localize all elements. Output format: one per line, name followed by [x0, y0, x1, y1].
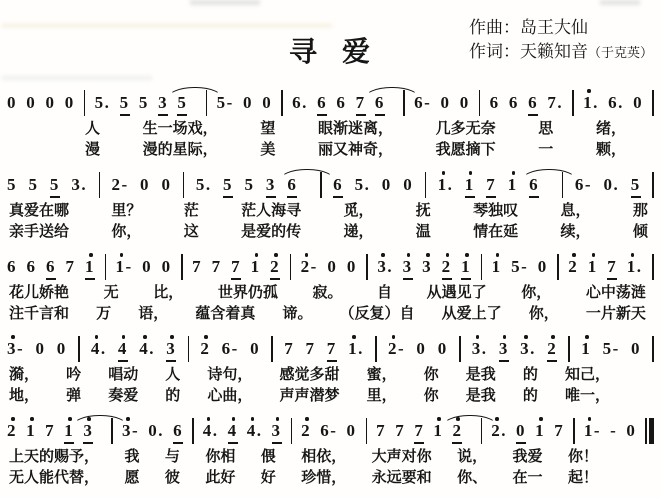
- note: 0: [460, 92, 470, 114]
- note: 2: [442, 256, 452, 280]
- lyric-segment: 琴独叹: [473, 200, 518, 221]
- lyrics-row-1: 花儿娇艳无比，世界仍孤寂。自从遇见了你，心中荡涟: [5, 282, 656, 303]
- lyric-segment: 世界仍孤: [218, 282, 278, 303]
- note: 6-: [575, 174, 592, 196]
- note: 6: [490, 92, 500, 114]
- music-system: 5553.2-005.553665.001.17166-0.5真爱在哪里？茫茫人…: [5, 166, 656, 248]
- note: 2: [547, 338, 557, 362]
- lyrics-row-1: 人生一场戏，望眼渐迷离，几多无奈思绪，: [5, 118, 656, 139]
- song-header: 寻 爱 作曲：岛王大仙作词：天籁知音（于克英）: [0, 0, 661, 84]
- note: 7: [554, 420, 564, 442]
- note: 6: [336, 92, 346, 114]
- lyric-segment: 蜜，: [367, 364, 397, 385]
- note: 0: [538, 256, 548, 278]
- note: 5.: [355, 174, 371, 196]
- lyric-segment: 眼渐迷离，: [318, 118, 393, 139]
- lyrics-row-2: 漫漫的星际，美丽又神奇，我愿摘下一颗，: [5, 139, 656, 160]
- note: 2: [200, 338, 210, 360]
- lyrics-row-2: 注千言和万语，蕴含着真谛。（反复）自从爱上了你，一片新天: [5, 303, 656, 324]
- note: 3.: [71, 174, 87, 196]
- barline: [366, 418, 368, 444]
- note: 0: [45, 92, 55, 114]
- note: 2: [568, 256, 578, 278]
- note: 6.: [292, 92, 308, 114]
- lyric-segment: （反复）自: [340, 303, 415, 324]
- lyric-segment: 你！: [568, 446, 598, 467]
- lyric-segment: 此好: [205, 467, 235, 488]
- note: 0: [161, 174, 171, 196]
- lyric-segment: 永远要和: [372, 467, 432, 488]
- note: 6: [7, 256, 17, 278]
- note: 0: [327, 256, 337, 278]
- barline: [84, 90, 86, 116]
- lyric-segment: 漪，: [9, 364, 39, 385]
- note: 1-: [584, 420, 601, 442]
- barline: [291, 418, 293, 444]
- lyric-segment: 从爱上了: [442, 303, 502, 324]
- note: 0: [626, 420, 636, 442]
- note: 6-: [320, 420, 337, 442]
- credit-label: 作词：: [469, 42, 520, 61]
- notation-line: 217133-0.64.44.326-0777122.0171--0: [5, 412, 656, 446]
- lyric-segment: 注千言和: [9, 303, 69, 324]
- note: 7: [327, 338, 337, 362]
- note: 0.: [604, 174, 620, 196]
- note: 2-: [111, 174, 128, 196]
- barline: [652, 336, 654, 362]
- music-system: 00005.55355-006.66766-006667.1.6.0人生一场戏，…: [5, 84, 656, 166]
- note: 7: [414, 420, 424, 444]
- lyric-segment: 与: [165, 446, 180, 467]
- note: 6-: [222, 338, 239, 360]
- lyric-segment: 生一场戏，: [143, 118, 218, 139]
- note: 0: [382, 174, 392, 196]
- lyric-segment: 你: [424, 385, 439, 406]
- lyric-segment: 知己，: [565, 364, 610, 385]
- barline: [181, 254, 183, 280]
- lyric-segment: 地，: [9, 385, 39, 406]
- lyric-segment: 的: [523, 385, 538, 406]
- lyric-segment: 好: [261, 467, 276, 488]
- lyric-segment: 丽又神奇，: [318, 139, 393, 160]
- note: 1: [492, 256, 502, 278]
- note: 0: [416, 338, 426, 360]
- note: 0: [26, 92, 36, 114]
- note: 0: [403, 174, 413, 196]
- barline: [290, 254, 292, 280]
- note: 1: [26, 420, 36, 442]
- final-bar-thick: [649, 418, 654, 444]
- note: 7: [66, 256, 76, 278]
- lyric-segment: 亲手送给: [9, 221, 69, 242]
- lyric-segment: 倾: [633, 221, 648, 242]
- note: 7: [284, 338, 294, 360]
- note: 1: [85, 256, 95, 280]
- note: 2.: [491, 420, 507, 442]
- note: 7: [486, 174, 496, 198]
- note: 3.: [520, 338, 536, 360]
- barline: [78, 336, 80, 362]
- note: 6: [27, 256, 37, 278]
- lyric-segment: 里，: [367, 385, 397, 406]
- lyric-segment: 你，: [111, 221, 141, 242]
- lyric-segment: 你，: [529, 303, 559, 324]
- note: 1: [588, 256, 598, 278]
- note: 0: [347, 420, 357, 442]
- lyrics-row-1: 漪，吟唱动人诗句，感觉多甜蜜，你是我的知己，: [5, 364, 656, 385]
- lyric-segment: 的: [523, 364, 538, 385]
- lyric-segment: 诗句，: [207, 364, 252, 385]
- note: 7: [212, 256, 222, 278]
- lyrics-row-2: 无人能代替，愿彼此好好珍惜，永远要和你、在一起！: [5, 467, 656, 488]
- note: 0: [142, 256, 152, 278]
- barline: [481, 254, 483, 280]
- barline: [568, 336, 570, 362]
- note: 0.: [148, 420, 164, 442]
- note: 5: [120, 92, 130, 116]
- lyrics-row-1: 真爱在哪里？茫茫人海寻觅，抚琴独叹息，那: [5, 200, 656, 221]
- note: 3-: [122, 420, 139, 442]
- note: 5.: [95, 92, 111, 114]
- barline: [459, 336, 461, 362]
- barline: [652, 254, 654, 280]
- credit-name: 岛王大仙: [520, 18, 588, 37]
- note: 6: [317, 92, 327, 116]
- barline: [105, 254, 107, 280]
- note: 0: [440, 92, 450, 114]
- lyric-segment: 万: [96, 303, 111, 324]
- note: 1: [535, 420, 545, 442]
- barline: [572, 90, 574, 116]
- lyric-segment: 唱动: [108, 364, 138, 385]
- barline: [281, 90, 283, 116]
- lyric-segment: 比，: [153, 282, 183, 303]
- lyric-segment: 花儿娇艳: [9, 282, 69, 303]
- music-system: 666711-00777122-003.332115-02171.花儿娇艳无比，…: [5, 248, 656, 330]
- lyric-segment: 情在延: [473, 221, 518, 242]
- note: 0: [65, 92, 75, 114]
- note: 0: [35, 338, 45, 360]
- note: 0: [347, 256, 357, 278]
- barline: [479, 90, 481, 116]
- lyrics-row-1: 上天的赐予，我与你相偎相依，大声对你说，我爱你！: [5, 446, 656, 467]
- lyric-segment: 一: [538, 139, 553, 160]
- note: 3: [272, 420, 282, 444]
- lyric-segment: 息，: [561, 200, 591, 221]
- notation-line: 666711-00777122-003.332115-02171.: [5, 248, 656, 282]
- credit-label: 作曲：: [469, 18, 520, 37]
- lyric-segment: 温: [416, 221, 431, 242]
- lyric-segment: 漫的星际，: [143, 139, 218, 160]
- barline: [375, 336, 377, 362]
- lyric-segment: 漫: [85, 139, 100, 160]
- note: 7: [45, 420, 55, 442]
- lyrics-row-2: 亲手送给你，这是爱的传递，温情在延续，倾: [5, 221, 656, 242]
- lyric-segment: 那: [633, 200, 648, 221]
- lyric-segment: 茫人海寻: [241, 200, 301, 221]
- lyric-segment: 唯一，: [565, 385, 610, 406]
- lyric-segment: 望: [260, 118, 275, 139]
- note: 0: [162, 256, 172, 278]
- lyric-segment: 说，: [457, 446, 487, 467]
- lyric-segment: 上天的赐予，: [9, 446, 99, 467]
- note: 0: [250, 338, 260, 360]
- note: 4: [228, 420, 238, 444]
- lyric-segment: 人: [85, 118, 100, 139]
- barline: [652, 172, 654, 198]
- lyric-segment: 起！: [568, 467, 598, 488]
- lyric-segment: 自: [377, 282, 392, 303]
- notation-line: 3-004.44.326-07771.2-003.33.215-0: [5, 330, 656, 364]
- lyric-segment: 彼: [165, 467, 180, 488]
- lyric-segment: 真爱在哪: [9, 200, 69, 221]
- lyric-segment: 我爱: [513, 446, 543, 467]
- note: 2-: [388, 338, 405, 360]
- note: 1.: [627, 256, 643, 278]
- note: 6-: [414, 92, 431, 114]
- note: 5: [139, 92, 149, 114]
- barline: [652, 90, 654, 116]
- lyric-segment: 几多无奈: [436, 118, 496, 139]
- note: 5: [223, 174, 233, 198]
- notation-line: 5553.2-005.553665.001.17166-0.5: [5, 166, 656, 200]
- lyric-segment: 这: [184, 221, 199, 242]
- lyric-segment: 声声潜梦: [279, 385, 339, 406]
- lyric-segment: 绪，: [596, 118, 626, 139]
- barline: [188, 336, 190, 362]
- note: 6: [46, 256, 56, 280]
- lyric-segment: 寂。: [312, 282, 342, 303]
- lyric-segment: 相依，: [301, 446, 346, 467]
- note: 5: [28, 174, 38, 196]
- note: 2: [270, 256, 280, 280]
- note: 1: [461, 256, 471, 280]
- lyric-segment: 语，: [138, 303, 168, 324]
- lyric-segment: 偎: [261, 446, 276, 467]
- note: 1: [465, 174, 475, 198]
- note: 3.: [377, 256, 393, 278]
- note: 0: [438, 338, 448, 360]
- lyric-segment: 谛。: [282, 303, 312, 324]
- lyric-segment: 从遇见了: [427, 282, 487, 303]
- note: 2: [301, 420, 311, 442]
- lyric-segment: 一片新天: [586, 303, 646, 324]
- lyric-segment: 续，: [561, 221, 591, 242]
- note: 7: [192, 256, 202, 278]
- lyric-segment: 递，: [343, 221, 373, 242]
- lyric-segment: 弹: [66, 385, 81, 406]
- note: 5: [631, 174, 641, 198]
- lyric-segment: 美: [260, 139, 275, 160]
- barline: [366, 254, 368, 280]
- lyric-segment: 珍惜，: [301, 467, 346, 488]
- note: 5: [50, 174, 60, 198]
- note: 6: [333, 174, 343, 198]
- note: 5: [244, 174, 254, 196]
- credit-line: 作曲：岛王大仙: [469, 16, 653, 40]
- lyric-segment: 是我: [466, 385, 496, 406]
- lyrics-row-2: 地，弹奏爱的心曲，声声潜梦里，你是我的唯一，: [5, 385, 656, 406]
- lyric-segment: 我愿摘下: [436, 139, 496, 160]
- note: 7: [395, 420, 405, 442]
- note: 1: [581, 338, 591, 360]
- note: 0: [516, 420, 526, 444]
- note: 4.: [203, 420, 219, 442]
- credit-line: 作词：天籁知音（于克英）: [469, 40, 653, 65]
- notation-line: 00005.55355-006.66766-006667.1.6.0: [5, 84, 656, 118]
- lyric-segment: 你: [424, 364, 439, 385]
- music-system: 3-004.44.326-07771.2-003.33.215-0漪，吟唱动人诗…: [5, 330, 656, 412]
- note: 4: [118, 338, 128, 362]
- final-bar-thin: [645, 418, 647, 444]
- note: 7.: [547, 92, 563, 114]
- note: 5-: [511, 256, 528, 278]
- lyric-segment: 心曲，: [207, 385, 252, 406]
- note: 0: [57, 338, 67, 360]
- lyric-segment: 是我: [466, 364, 496, 385]
- note: 3-: [7, 338, 24, 360]
- lyric-segment: 里？: [111, 200, 141, 221]
- note: 5-: [217, 92, 234, 114]
- note: 0: [140, 174, 150, 196]
- score: 00005.55355-006.66766-006667.1.6.0人生一场戏，…: [0, 84, 661, 494]
- note: 3.: [472, 338, 488, 360]
- sheet-music-page: 寻 爱 作曲：岛王大仙作词：天籁知音（于克英） 00005.55355-006.…: [0, 0, 661, 498]
- credit-name: 天籁知音: [520, 42, 588, 61]
- lyric-segment: 无人能代替，: [9, 467, 99, 488]
- note: 1.: [348, 338, 364, 360]
- credits: 作曲：岛王大仙作词：天籁知音（于克英）: [469, 16, 653, 65]
- note: 6: [509, 92, 519, 114]
- note: 6: [173, 420, 183, 444]
- note: 5-: [603, 338, 620, 360]
- note: 3: [403, 256, 413, 280]
- barline: [183, 172, 185, 198]
- barline: [557, 254, 559, 280]
- note: 4.: [247, 420, 263, 442]
- note: 1-: [116, 256, 133, 278]
- barline: [573, 418, 575, 444]
- music-system: 217133-0.64.44.326-0777122.0171--0上天的赐予，…: [5, 412, 656, 494]
- note: 7: [607, 256, 617, 280]
- credit-note: （于克英）: [588, 45, 653, 60]
- note: 0: [633, 92, 643, 114]
- note: 1.: [583, 92, 599, 114]
- lyric-segment: 我: [124, 446, 139, 467]
- note: 1.: [438, 174, 454, 196]
- lyric-segment: 在一: [513, 467, 543, 488]
- lyric-segment: 心中荡涟: [586, 282, 646, 303]
- lyric-segment: 蕴含着真: [195, 303, 255, 324]
- note: 2: [7, 420, 17, 442]
- lyric-segment: 思: [538, 118, 553, 139]
- note: 3: [422, 256, 432, 278]
- lyric-segment: 你，: [521, 282, 551, 303]
- lyric-segment: 茫: [184, 200, 199, 221]
- lyric-segment: 抚: [416, 200, 431, 221]
- lyric-segment: 的: [165, 385, 180, 406]
- lyric-segment: 奏爱: [108, 385, 138, 406]
- lyric-segment: 人: [165, 364, 180, 385]
- final-barline: [645, 418, 654, 444]
- lyric-segment: 你、: [457, 467, 487, 488]
- lyric-segment: 你相: [205, 446, 235, 467]
- note: 4.: [139, 338, 155, 360]
- lyric-segment: 无: [104, 282, 119, 303]
- lyric-segment: 是爱的传: [241, 221, 301, 242]
- barline: [271, 336, 273, 362]
- lyric-segment: 颗，: [596, 139, 626, 160]
- lyric-segment: 觅，: [343, 200, 373, 221]
- lyric-segment: 吟: [66, 364, 81, 385]
- note: 5: [7, 174, 17, 196]
- barline: [425, 172, 427, 198]
- note: 0: [243, 92, 253, 114]
- note: 1: [508, 174, 518, 196]
- note: 1: [251, 256, 261, 278]
- note: 6.: [608, 92, 624, 114]
- note: 0: [7, 92, 17, 114]
- note: 7: [231, 256, 241, 280]
- lyric-segment: 感觉多甜: [279, 364, 339, 385]
- note: 3: [499, 338, 509, 362]
- note: 3: [266, 174, 276, 198]
- barline: [192, 418, 194, 444]
- lyric-segment: 愿: [124, 467, 139, 488]
- barline: [99, 172, 101, 198]
- note: 2-: [301, 256, 318, 278]
- note: 0: [631, 338, 641, 360]
- note: 7: [306, 338, 316, 360]
- note: 5.: [196, 174, 212, 196]
- note: -: [610, 420, 617, 442]
- note: 3: [166, 338, 176, 362]
- note: 6: [528, 92, 538, 116]
- note: 0: [262, 92, 272, 114]
- note: 4.: [91, 338, 107, 360]
- lyric-segment: 大声对你: [372, 446, 432, 467]
- note: 7: [376, 420, 386, 442]
